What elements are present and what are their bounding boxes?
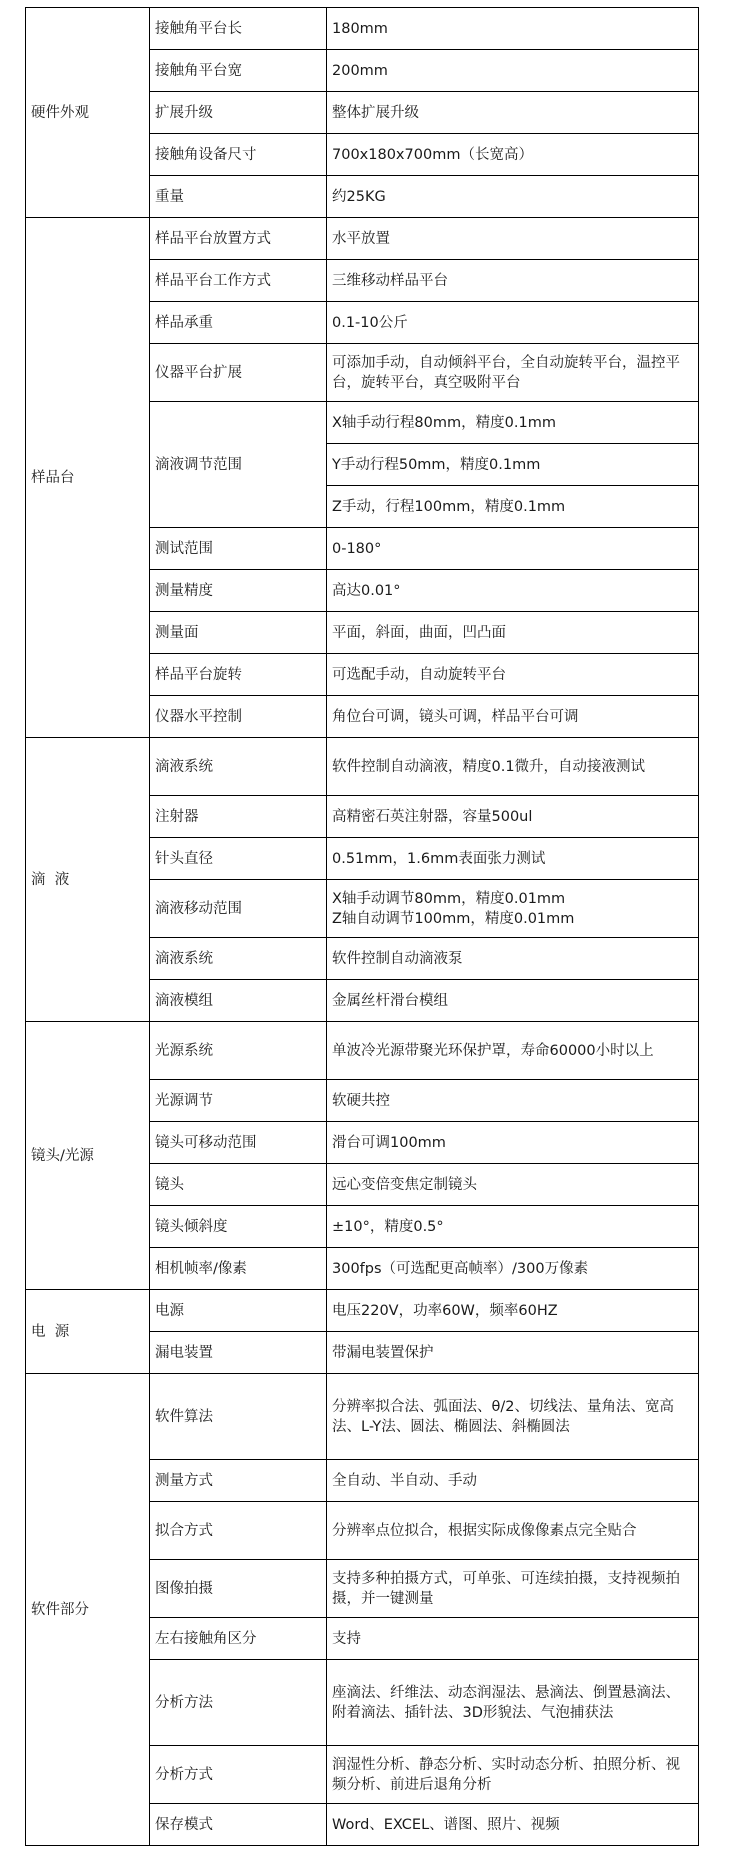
spec-label: 注射器 <box>150 796 327 838</box>
spec-label: 分析方法 <box>150 1660 327 1746</box>
spec-value: 水平放置 <box>327 218 699 260</box>
spec-value: 软硬共控 <box>327 1080 699 1122</box>
spec-label: 软件算法 <box>150 1374 327 1460</box>
spec-label: 保存模式 <box>150 1804 327 1846</box>
spec-label: 分析方式 <box>150 1746 327 1804</box>
spec-value: 支持 <box>327 1618 699 1660</box>
spec-value: 软件控制自动滴液，精度0.1微升，自动接液测试 <box>327 738 699 796</box>
spec-value: X轴手动调节80mm，精度0.01mm Z轴自动调节100mm，精度0.01mm <box>327 880 699 938</box>
spec-label: 滴液系统 <box>150 738 327 796</box>
spec-value-line: Z轴自动调节100mm，精度0.01mm <box>332 909 692 929</box>
spec-label: 镜头倾斜度 <box>150 1206 327 1248</box>
spec-value: ±10°，精度0.5° <box>327 1206 699 1248</box>
spec-value: 可选配手动，自动旋转平台 <box>327 654 699 696</box>
spec-label: 样品承重 <box>150 302 327 344</box>
spec-value: 分辨率点位拟合，根据实际成像像素点完全贴合 <box>327 1502 699 1560</box>
spec-value: 全自动、半自动、手动 <box>327 1460 699 1502</box>
spec-label: 相机帧率/像素 <box>150 1248 327 1290</box>
spec-value: 润湿性分析、静态分析、实时动态分析、拍照分析、视频分析、前进后退角分析 <box>327 1746 699 1804</box>
spec-label: 漏电装置 <box>150 1332 327 1374</box>
spec-value: 金属丝杆滑台模组 <box>327 980 699 1022</box>
spec-label: 拟合方式 <box>150 1502 327 1560</box>
spec-value-line: X轴手动调节80mm，精度0.01mm <box>332 889 692 909</box>
spec-value: 座滴法、纤维法、动态润湿法、悬滴法、倒置悬滴法、附着滴法、插针法、3D形貌法、气… <box>327 1660 699 1746</box>
table-row: 镜头/光源 光源系统 单波冷光源带聚光环保护罩，寿命60000小时以上 <box>26 1022 699 1080</box>
spec-label: 滴液调节范围 <box>150 402 327 528</box>
category-cell: 硬件外观 <box>26 8 150 218</box>
spec-value: 700x180x700mm（长宽高） <box>327 134 699 176</box>
spec-label: 扩展升级 <box>150 92 327 134</box>
spec-label: 光源系统 <box>150 1022 327 1080</box>
category-cell: 滴 液 <box>26 738 150 1022</box>
spec-label: 滴液系统 <box>150 938 327 980</box>
category-cell: 样品台 <box>26 218 150 738</box>
spec-label: 样品平台放置方式 <box>150 218 327 260</box>
spec-value: 0-180° <box>327 528 699 570</box>
spec-value: 带漏电装置保护 <box>327 1332 699 1374</box>
table-row: 软件部分 软件算法 分辨率拟合法、弧面法、θ/2、切线法、量角法、宽高法、L-Y… <box>26 1374 699 1460</box>
spec-value: Word、EXCEL、谱图、照片、视频 <box>327 1804 699 1846</box>
spec-value: 300fps（可选配更高帧率）/300万像素 <box>327 1248 699 1290</box>
spec-label: 滴液移动范围 <box>150 880 327 938</box>
spec-label: 重量 <box>150 176 327 218</box>
spec-label: 电源 <box>150 1290 327 1332</box>
spec-value: 角位台可调，镜头可调，样品平台可调 <box>327 696 699 738</box>
table-row: 硬件外观 接触角平台长 180mm <box>26 8 699 50</box>
spec-value: 整体扩展升级 <box>327 92 699 134</box>
spec-label: 仪器平台扩展 <box>150 344 327 402</box>
spec-label: 镜头 <box>150 1164 327 1206</box>
spec-label: 样品平台旋转 <box>150 654 327 696</box>
spec-label: 光源调节 <box>150 1080 327 1122</box>
spec-value: 高达0.01° <box>327 570 699 612</box>
table-row: 电 源 电源 电压220V，功率60W，频率60HZ <box>26 1290 699 1332</box>
spec-value: 0.1-10公斤 <box>327 302 699 344</box>
table-row: 滴 液 滴液系统 软件控制自动滴液，精度0.1微升，自动接液测试 <box>26 738 699 796</box>
spec-value: 平面，斜面，曲面，凹凸面 <box>327 612 699 654</box>
spec-label: 左右接触角区分 <box>150 1618 327 1660</box>
spec-value: 高精密石英注射器，容量500ul <box>327 796 699 838</box>
category-cell: 电 源 <box>26 1290 150 1374</box>
spec-label: 滴液模组 <box>150 980 327 1022</box>
spec-value: 180mm <box>327 8 699 50</box>
spec-value: Z手动，行程100mm，精度0.1mm <box>327 486 699 528</box>
spec-value: 0.51mm，1.6mm表面张力测试 <box>327 838 699 880</box>
spec-value: 可添加手动，自动倾斜平台，全自动旋转平台，温控平台，旋转平台，真空吸附平台 <box>327 344 699 402</box>
spec-value: 200mm <box>327 50 699 92</box>
spec-table: 硬件外观 接触角平台长 180mm 接触角平台宽 200mm 扩展升级 整体扩展… <box>25 7 699 1846</box>
category-cell: 镜头/光源 <box>26 1022 150 1290</box>
spec-label: 针头直径 <box>150 838 327 880</box>
spec-value: 支持多种拍摄方式，可单张、可连续拍摄，支持视频拍摄，并一键测量 <box>327 1560 699 1618</box>
table-row: 样品台 样品平台放置方式 水平放置 <box>26 218 699 260</box>
spec-value: X轴手动行程80mm，精度0.1mm <box>327 402 699 444</box>
spec-label: 图像拍摄 <box>150 1560 327 1618</box>
spec-value: 单波冷光源带聚光环保护罩，寿命60000小时以上 <box>327 1022 699 1080</box>
spec-label: 样品平台工作方式 <box>150 260 327 302</box>
spec-label: 接触角设备尺寸 <box>150 134 327 176</box>
spec-label: 测试范围 <box>150 528 327 570</box>
spec-label: 接触角平台宽 <box>150 50 327 92</box>
spec-value: 软件控制自动滴液泵 <box>327 938 699 980</box>
spec-value: 滑台可调100mm <box>327 1122 699 1164</box>
spec-value: 三维移动样品平台 <box>327 260 699 302</box>
spec-value: Y手动行程50mm，精度0.1mm <box>327 444 699 486</box>
spec-label: 镜头可移动范围 <box>150 1122 327 1164</box>
spec-label: 仪器水平控制 <box>150 696 327 738</box>
spec-label: 测量精度 <box>150 570 327 612</box>
spec-label: 测量面 <box>150 612 327 654</box>
spec-value: 远心变倍变焦定制镜头 <box>327 1164 699 1206</box>
spec-value: 电压220V，功率60W，频率60HZ <box>327 1290 699 1332</box>
spec-label: 测量方式 <box>150 1460 327 1502</box>
category-cell: 软件部分 <box>26 1374 150 1846</box>
spec-value: 分辨率拟合法、弧面法、θ/2、切线法、量角法、宽高法、L-Y法、圆法、椭圆法、斜… <box>327 1374 699 1460</box>
spec-label: 接触角平台长 <box>150 8 327 50</box>
spec-value: 约25KG <box>327 176 699 218</box>
